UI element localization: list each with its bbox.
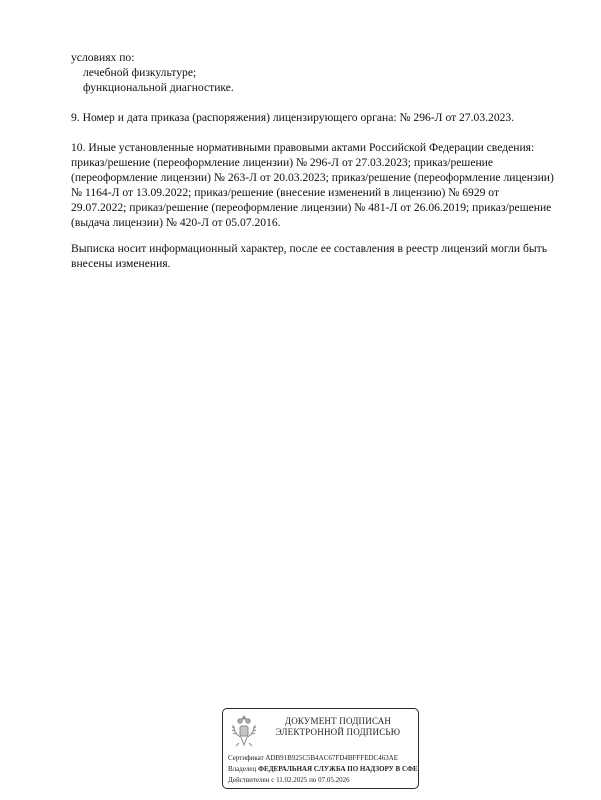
stamp-title-line-2: ЭЛЕКТРОННОЙ ПОДПИСЬЮ: [263, 727, 413, 738]
disclaimer-line-2: внесены изменения.: [71, 256, 171, 271]
section-10-line-5: 29.07.2022; приказ/решение (переоформлен…: [71, 200, 551, 215]
electronic-signature-stamp: ДОКУМЕНТ ПОДПИСАН ЭЛЕКТРОННОЙ ПОДПИСЬЮ С…: [222, 708, 419, 789]
stamp-title: ДОКУМЕНТ ПОДПИСАН ЭЛЕКТРОННОЙ ПОДПИСЬЮ: [263, 716, 413, 738]
validity-row: Действителен с 11.02.2025 по 07.05.2026: [228, 776, 350, 785]
section-10-line-4: № 1164-Л от 13.09.2022; приказ/решение (…: [71, 185, 499, 200]
certificate-label: Сертификат: [228, 754, 264, 762]
list-item-physio: лечебной физкультуре;: [83, 65, 196, 80]
conditions-tail-text: условиях по:: [71, 50, 134, 65]
section-10-line-3: (переоформление лицензии) № 263-Л от 20.…: [71, 170, 554, 185]
owner-label: Владелец: [228, 765, 256, 773]
valid-to: 07.05.2026: [318, 776, 350, 784]
owner-value: ФЕДЕРАЛЬНАЯ СЛУЖБА ПО НАДЗОРУ В СФЕРЕ ЗД…: [258, 765, 419, 773]
document-page: условиях по: лечебной физкультуре; функц…: [0, 0, 601, 800]
section-10-line-1: 10. Иные установленные нормативными прав…: [71, 140, 534, 155]
coat-of-arms-icon: [229, 713, 259, 749]
certificate-row: Сертификат ADB91B925C5B4AC67FD4BFFFEDC46…: [228, 754, 398, 763]
disclaimer-line-1: Выписка носит информационный характер, п…: [71, 241, 547, 256]
validity-label: Действителен с: [228, 776, 274, 784]
stamp-title-line-1: ДОКУМЕНТ ПОДПИСАН: [263, 716, 413, 727]
certificate-value: ADB91B925C5B4AC67FD4BFFFEDC463AE: [265, 754, 398, 762]
list-item-diagnostics: функциональной диагностике.: [83, 80, 234, 95]
owner-row: Владелец ФЕДЕРАЛЬНАЯ СЛУЖБА ПО НАДЗОРУ В…: [228, 765, 419, 774]
section-9-order: 9. Номер и дата приказа (распоряжения) л…: [71, 110, 514, 125]
valid-from: 11.02.2025: [276, 776, 307, 784]
section-10-line-2: приказ/решение (переоформление лицензии)…: [71, 155, 493, 170]
section-10-line-6: (выдача лицензии) № 420-Л от 05.07.2016.: [71, 215, 281, 230]
validity-to-label: по: [309, 776, 316, 784]
